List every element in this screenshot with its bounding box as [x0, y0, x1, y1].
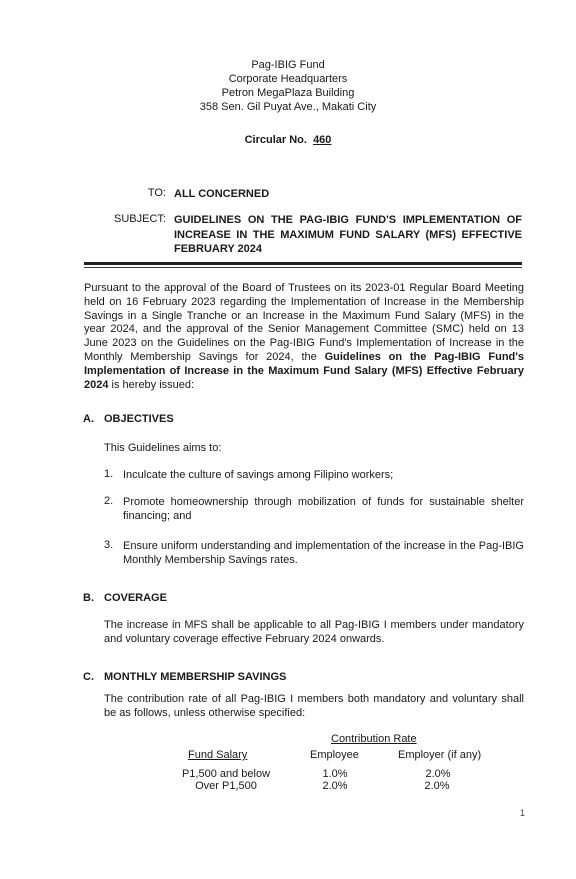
circular-number: 460 [313, 134, 331, 146]
objective-1-num: 1. [104, 468, 113, 480]
table-col-employee: Employee [310, 749, 359, 762]
section-b-text: The increase in MFS shall be applicable … [104, 619, 524, 647]
table-col-employer: Employer (if any) [398, 749, 481, 762]
section-b-letter: B. [83, 592, 94, 604]
table-row-2-employee: 2.0% [310, 780, 360, 793]
table-row-2-employer: 2.0% [412, 780, 462, 793]
table-row-2-salary: Over P1,500 [171, 780, 281, 793]
subject-text: GUIDELINES ON THE PAG-IBIG FUND'S IMPLEM… [174, 213, 522, 257]
subject-line-2: INCREASE IN THE MAXIMUM FUND SALARY (MFS… [174, 228, 522, 243]
objective-3-num: 3. [104, 539, 113, 551]
section-a-letter: A. [83, 413, 94, 425]
objective-2-num: 2. [104, 495, 113, 507]
building-name: Petron MegaPlaza Building [0, 86, 576, 100]
table-col-fund-salary: Fund Salary [188, 749, 247, 762]
subject-label: SUBJECT: [86, 213, 166, 225]
page-number: 1 [520, 808, 525, 818]
intro-tail: is hereby issued: [108, 379, 194, 391]
section-b-title: COVERAGE [104, 592, 167, 604]
table-group-header: Contribution Rate [331, 733, 417, 746]
address: 358 Sen. Gil Puyat Ave., Makati City [0, 100, 576, 114]
divider-thick [84, 262, 522, 265]
section-c-title: MONTHLY MEMBERSHIP SAVINGS [104, 671, 286, 683]
circular-title: Circular No. 460 [0, 133, 576, 147]
letterhead: Pag-IBIG Fund Corporate Headquarters Pet… [0, 58, 576, 114]
subject-line-3: FEBRUARY 2024 [174, 242, 522, 257]
objective-1-text: Inculcate the culture of savings among F… [123, 468, 524, 482]
org-name: Pag-IBIG Fund [0, 58, 576, 72]
circular-label: Circular No. [245, 134, 307, 146]
subject-line-1: GUIDELINES ON THE PAG-IBIG FUND'S IMPLEM… [174, 213, 522, 228]
intro-paragraph: Pursuant to the approval of the Board of… [84, 282, 524, 392]
section-c-text: The contribution rate of all Pag-IBIG I … [104, 693, 524, 721]
section-a-lead: This Guidelines aims to: [104, 442, 221, 456]
section-a-title: OBJECTIVES [104, 413, 174, 425]
divider-thin [84, 267, 522, 268]
to-label: TO: [86, 187, 166, 199]
to-value: ALL CONCERNED [174, 187, 269, 202]
office-name: Corporate Headquarters [0, 72, 576, 86]
objective-3-text: Ensure uniform understanding and impleme… [123, 539, 524, 567]
section-c-letter: C. [83, 671, 94, 683]
objective-2-text: Promote homeownership through mobilizati… [123, 495, 524, 523]
